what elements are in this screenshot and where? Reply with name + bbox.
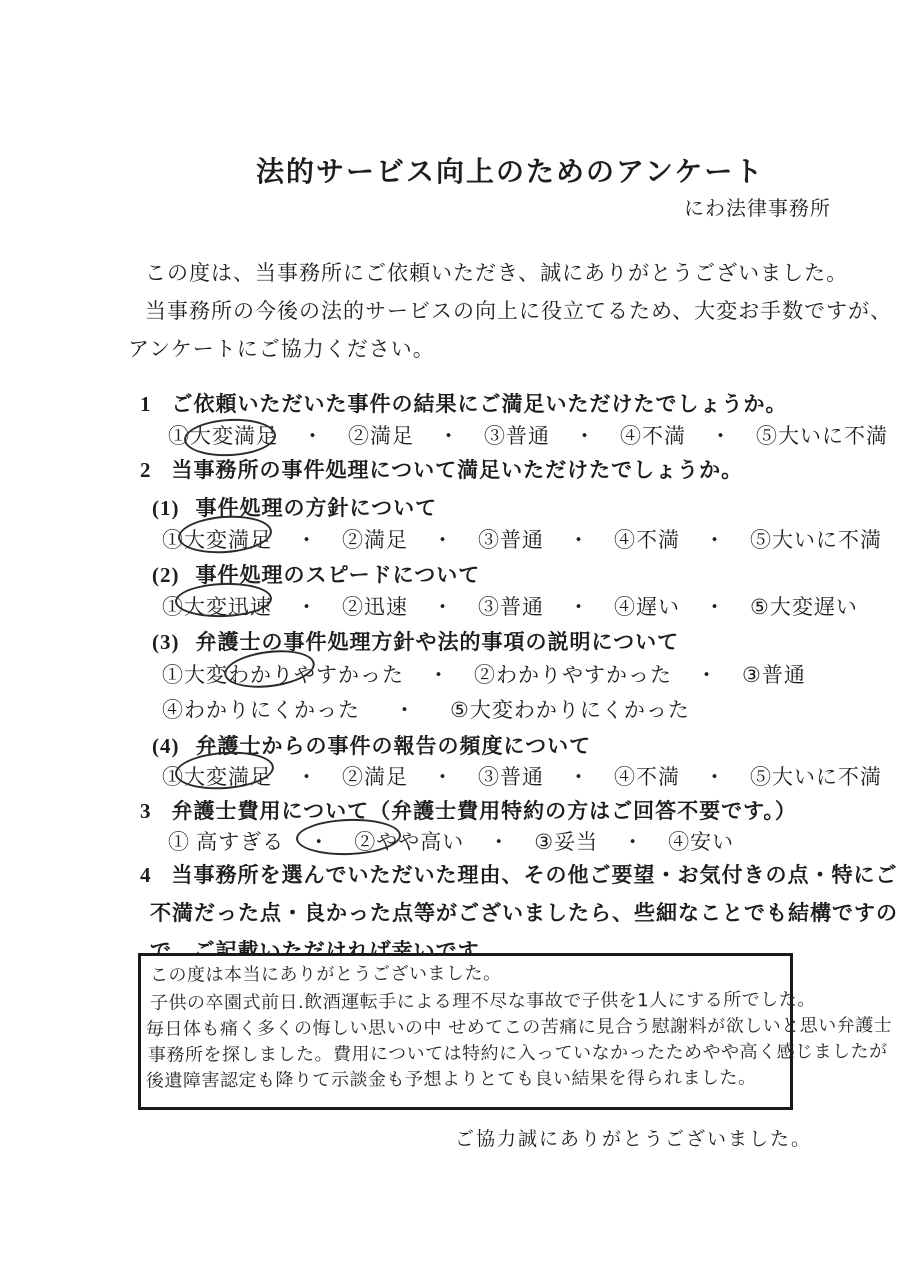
question-4: 4当事務所を選んでいただいた理由、その他ご要望・お気付きの点・特にご	[140, 859, 898, 889]
q2-4-option-4: ④不満	[614, 765, 680, 789]
scanned-survey-document: 法的サービス向上のためのアンケート にわ法律事務所 この度は、当事務所にご依頼い…	[0, 0, 905, 1280]
option-separator: ・	[680, 524, 750, 554]
option-separator: ・	[680, 761, 750, 791]
handwritten-line: 後遺障害認定も降りて示談金も予想よりとても良い結果を得られました。	[146, 1063, 757, 1092]
question-4-text-line1: 当事務所を選んでいただいた理由、その他ご要望・お気付きの点・特にご	[172, 863, 898, 887]
option-separator: ・	[272, 524, 342, 554]
question-2-4-number: (4)	[152, 734, 180, 759]
question-4-number: 4	[140, 863, 152, 888]
question-1-number: 1	[140, 392, 152, 417]
q2-2-option-3: ③普通	[478, 595, 544, 619]
q2-4-option-5: ⑤大いに不満	[750, 765, 882, 789]
handwritten-line: 子供の卒園式前日.飲酒運転手による理不尽な事故で子供を1人にする所でした。	[150, 985, 816, 1014]
question-2-3-number: (3)	[152, 630, 180, 655]
option-separator: ・	[272, 591, 342, 621]
handwritten-line: この度は本当にありがとうございました。	[150, 959, 502, 987]
option-separator: ・	[550, 420, 620, 450]
question-2-3-options-row2: ④わかりにくかった・⑤大変わかりにくかった	[162, 694, 690, 724]
q3-option-4: ④安い	[668, 830, 734, 854]
question-3-number: 3	[140, 799, 152, 824]
q2-2-option-4: ④遅い	[614, 595, 680, 619]
q1-option-4: ④不満	[620, 424, 686, 448]
question-1: 1ご依頼いただいた事件の結果にご満足いただけたでしょうか。	[140, 388, 788, 418]
option-separator: ・	[408, 591, 478, 621]
option-separator: ・	[414, 420, 484, 450]
closing-thanks: ご協力誠にありがとうございました。	[455, 1124, 812, 1151]
intro-line: この度は、当事務所にご依頼いただき、誠にありがとうございました。	[145, 257, 848, 287]
q3-option-3: ③妥当	[534, 830, 598, 854]
question-2-text: 当事務所の事件処理について満足いただけたでしょうか。	[172, 458, 744, 482]
handwritten-line: 毎日体も痛く多くの悔しい思いの中 せめてこの苦痛に見合う慰謝料が欲しいと思い弁護…	[146, 1011, 892, 1041]
option-separator: ・	[680, 591, 750, 621]
option-separator: ・	[686, 420, 756, 450]
q2-4-option-3: ③普通	[478, 765, 544, 789]
option-separator: ・	[272, 761, 342, 791]
q2-3-option-5: ⑤大変わかりにくかった	[450, 698, 690, 722]
question-3: 3弁護士費用について（弁護士費用特約の方はご回答不要です。）	[140, 795, 797, 825]
page-title: 法的サービス向上のためのアンケート	[256, 150, 764, 190]
option-separator: ・	[464, 826, 534, 856]
question-2-3: (3)弁護士の事件処理方針や法的事項の説明について	[152, 626, 679, 656]
q2-1-option-3: ③普通	[478, 528, 544, 552]
q2-3-option-3: ③普通	[742, 663, 806, 687]
question-3-text: 弁護士費用について（弁護士費用特約の方はご回答不要です。）	[172, 799, 797, 823]
option-separator: ・	[278, 420, 348, 450]
q2-1-option-2: ②満足	[342, 528, 408, 552]
option-separator: ・	[598, 826, 668, 856]
question-1-options: ①大変満足・②満足・③普通・④不満・⑤大いに不満	[168, 420, 888, 450]
q3-option-1: ① 高すぎる	[168, 830, 284, 854]
office-name: にわ法律事務所	[684, 192, 831, 221]
q1-option-5: ⑤大いに不満	[756, 424, 888, 448]
option-separator: ・	[544, 761, 614, 791]
handwritten-line: 事務所を探しました。費用については特約に入っていなかったためやや高く感じましたが	[148, 1037, 888, 1067]
intro-line: 当事務所の今後の法的サービスの向上に役立てるため、大変お手数ですが、	[145, 295, 892, 325]
option-separator: ・	[408, 524, 478, 554]
q2-3-option-4: ④わかりにくかった	[162, 698, 360, 722]
q2-1-option-5: ⑤大いに不満	[750, 528, 882, 552]
q2-4-option-2: ②満足	[342, 765, 408, 789]
option-separator: ・	[408, 761, 478, 791]
question-2-1-number: (1)	[152, 496, 180, 521]
q2-1-option-4: ④不満	[614, 528, 680, 552]
question-1-text: ご依頼いただいた事件の結果にご満足いただけたでしょうか。	[172, 392, 788, 416]
question-2: 2当事務所の事件処理について満足いただけたでしょうか。	[140, 454, 743, 484]
q2-3-option-2: ②わかりやすかった	[474, 663, 672, 687]
option-separator: ・	[544, 591, 614, 621]
q1-option-2: ②満足	[348, 424, 414, 448]
option-separator: ・	[672, 659, 742, 689]
question-2-number: 2	[140, 458, 152, 483]
q1-option-3: ③普通	[484, 424, 550, 448]
question-2-1: (1)事件処理の方針について	[152, 492, 437, 522]
option-separator: ・	[544, 524, 614, 554]
q2-2-option-2: ②迅速	[342, 595, 408, 619]
option-separator: ・	[404, 659, 474, 689]
option-separator: ・	[360, 694, 450, 724]
question-3-options: ① 高すぎる・②やや高い・③妥当・④安い	[168, 826, 734, 856]
q2-2-option-5: ⑤大変遅い	[750, 595, 858, 619]
intro-line: アンケートにご協力ください。	[128, 333, 435, 363]
question-4-text-line2: 不満だった点・良かった点等がございましたら、些細なことでも結構ですの	[150, 897, 898, 927]
question-2-2-number: (2)	[152, 563, 180, 588]
